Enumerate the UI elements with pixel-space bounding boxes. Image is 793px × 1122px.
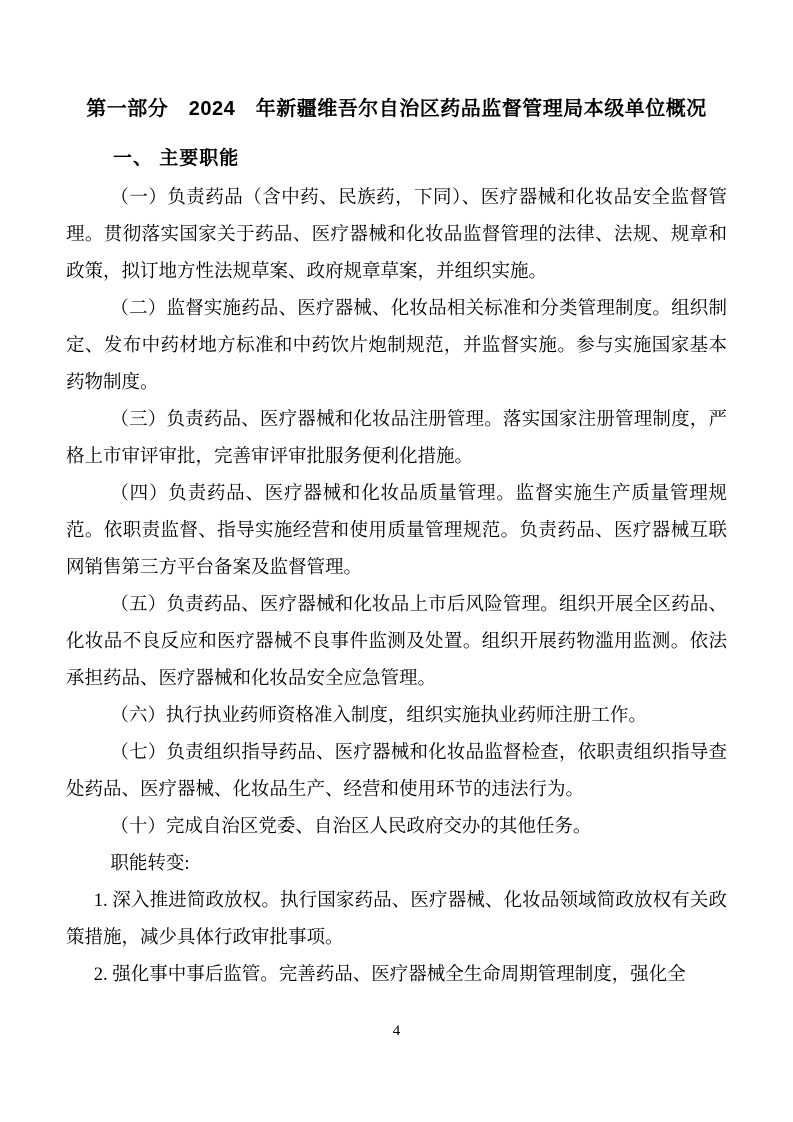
paragraph: （六）执行执业药师资格准入制度，组织实施执业药师注册工作。 <box>66 698 727 735</box>
paragraph: （二）监督实施药品、医疗器械、化妆品相关标准和分类管理制度。组织制定、发布中药材… <box>66 291 727 402</box>
paragraph: （十）完成自治区党委、自治区人民政府交办的其他任务。 <box>66 809 727 846</box>
paragraph: （一）负责药品（含中药、民族药，下同）、医疗器械和化妆品安全监督管理。贯彻落实国… <box>66 180 727 291</box>
document-title: 第一部分 2024 年新疆维吾尔自治区药品监督管理局本级单位概况 <box>66 96 727 122</box>
paragraph: （五）负责药品、医疗器械和化妆品上市后风险管理。组织开展全区药品、化妆品不良反应… <box>66 587 727 698</box>
page-number: 4 <box>0 1022 793 1040</box>
paragraph: 1. 深入推进简政放权。执行国家药品、医疗器械、化妆品领域简政放权有关政策措施，… <box>66 883 727 957</box>
paragraph: （七）负责组织指导药品、医疗器械和化妆品监督检查，依职责组织指导查处药品、医疗器… <box>66 735 727 809</box>
section-heading: 一、 主要职能 <box>66 146 727 172</box>
paragraph: 2. 强化事中事后监管。完善药品、医疗器械全生命周期管理制度，强化全 <box>66 957 727 994</box>
paragraph: （四）负责药品、医疗器械和化妆品质量管理。监督实施生产质量管理规范。依职责监督、… <box>66 476 727 587</box>
paragraph: （三）负责药品、医疗器械和化妆品注册管理。落实国家注册管理制度，严格上市审评审批… <box>66 402 727 476</box>
paragraph-function-transition-label: 职能转变: <box>66 846 727 883</box>
document-page: 第一部分 2024 年新疆维吾尔自治区药品监督管理局本级单位概况 一、 主要职能… <box>0 0 793 1122</box>
